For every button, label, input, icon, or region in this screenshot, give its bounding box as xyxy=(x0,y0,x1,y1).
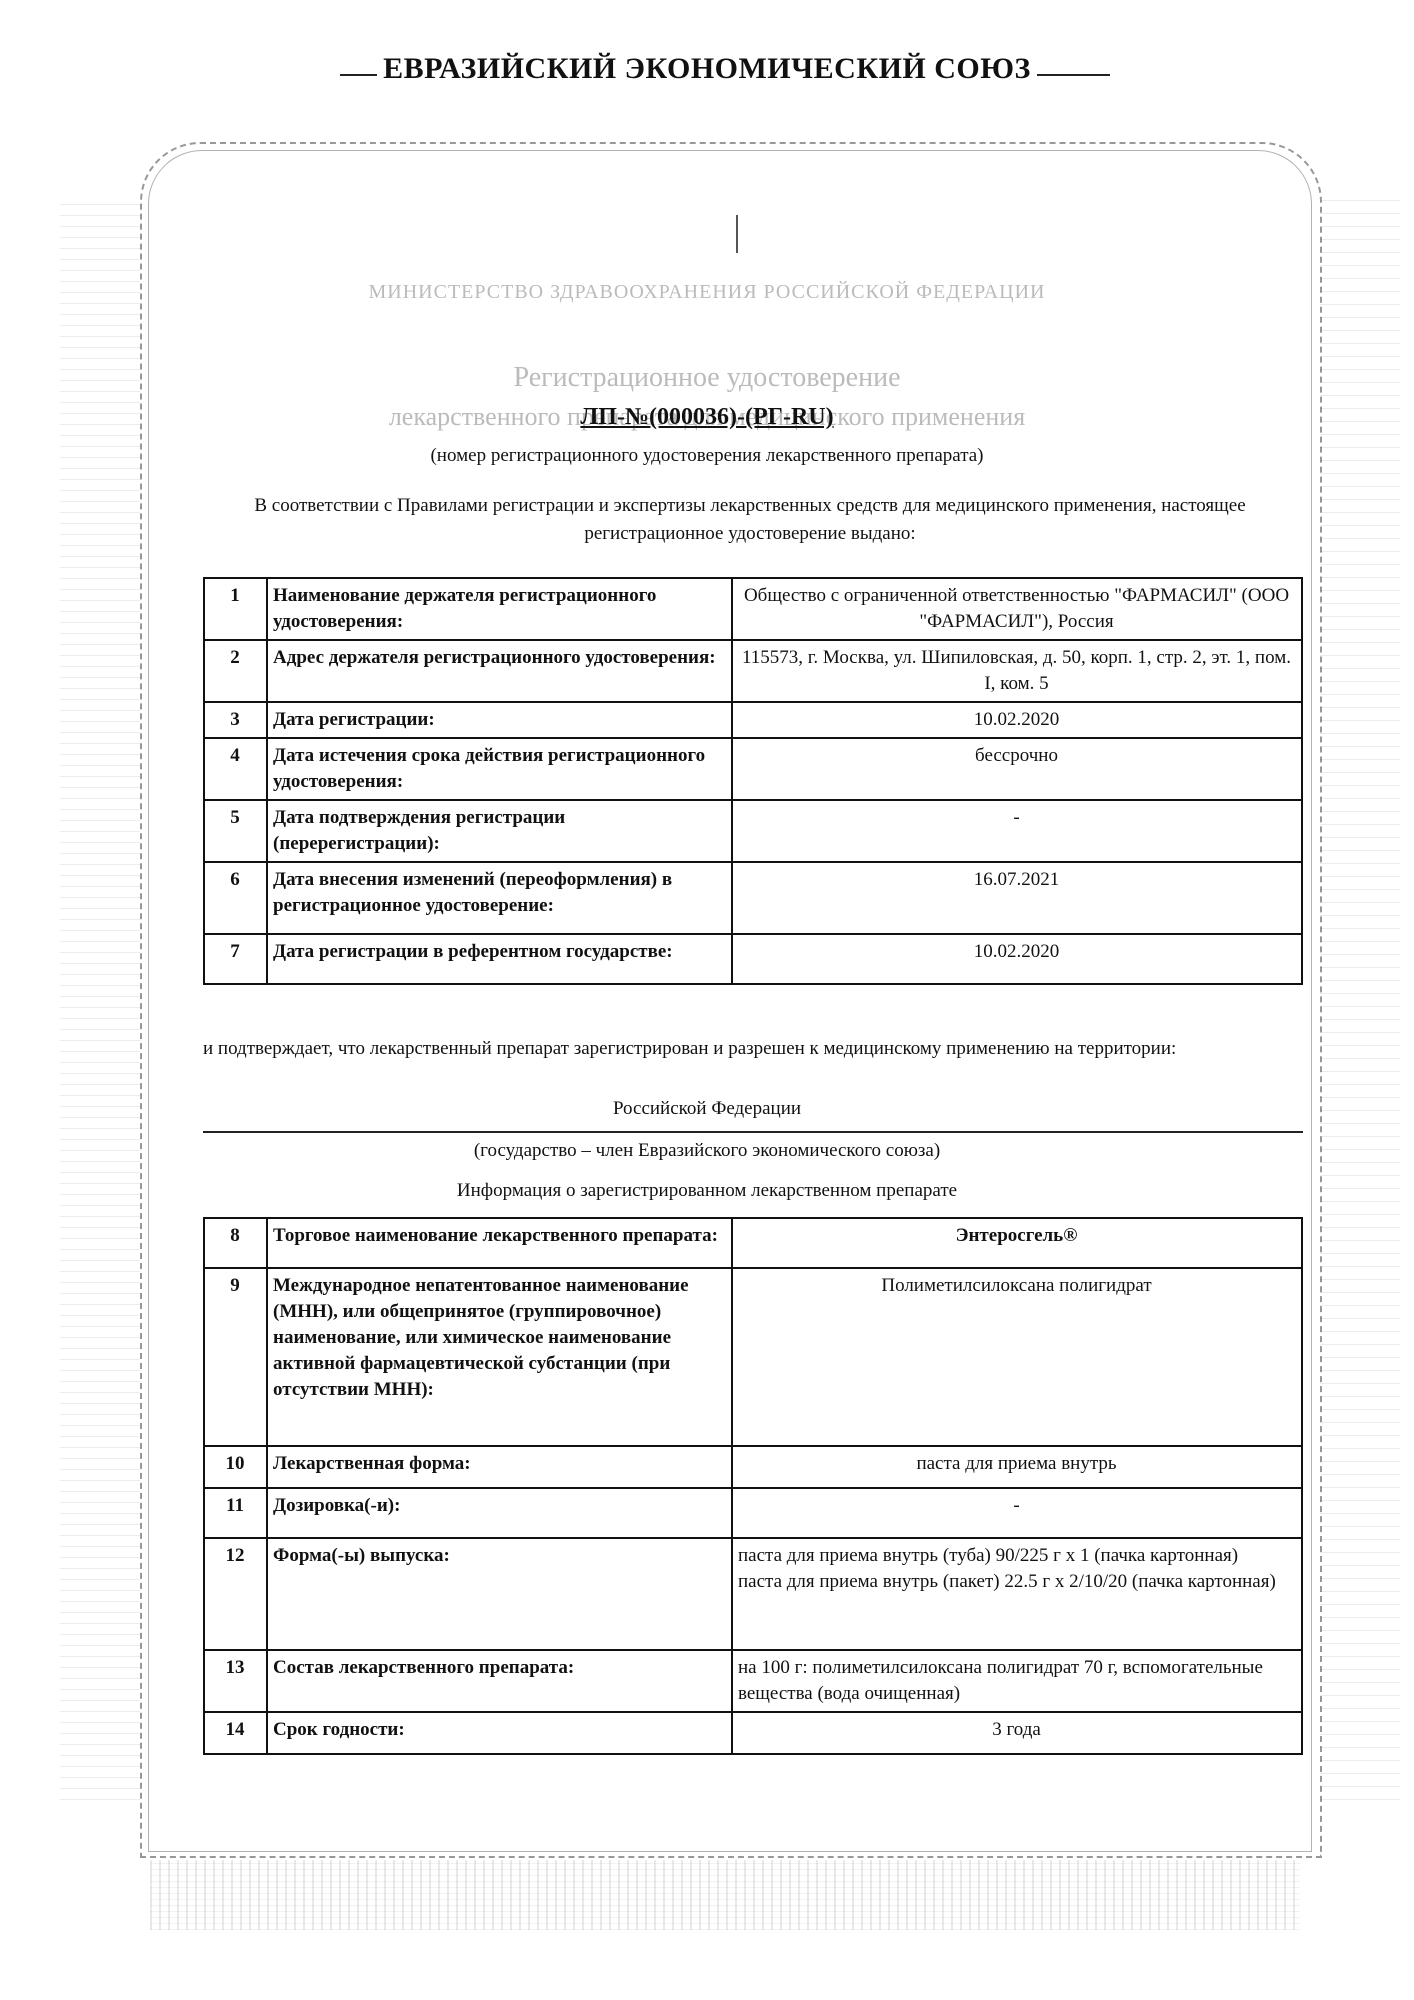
row-number: 13 xyxy=(204,1650,267,1712)
row-label: Наименование держателя регистрационного … xyxy=(267,578,732,640)
row-value: 115573, г. Москва, ул. Шипиловская, д. 5… xyxy=(732,640,1302,702)
table-row: 4Дата истечения срока действия регистрац… xyxy=(204,738,1302,800)
row-number: 14 xyxy=(204,1712,267,1754)
table-row: 14Срок годности:3 года xyxy=(204,1712,1302,1754)
holder-table: 1Наименование держателя регистрационного… xyxy=(203,577,1303,985)
territory-rule xyxy=(203,1131,1303,1133)
row-label: Форма(-ы) выпуска: xyxy=(267,1538,732,1650)
table-row: 6Дата внесения изменений (переоформления… xyxy=(204,862,1302,934)
row-label: Торговое наименование лекарственного пре… xyxy=(267,1218,732,1268)
table-row: 10Лекарственная форма:паста для приема в… xyxy=(204,1446,1302,1488)
row-label: Лекарственная форма: xyxy=(267,1446,732,1488)
row-value: - xyxy=(732,800,1302,862)
row-value: паста для приема внутрь (туба) 90/225 г … xyxy=(732,1538,1302,1650)
row-number: 3 xyxy=(204,702,267,738)
row-value: 3 года xyxy=(732,1712,1302,1754)
intro-paragraph: В соответствии с Правилами регистрации и… xyxy=(240,492,1260,548)
row-number: 2 xyxy=(204,640,267,702)
row-label: Срок годности: xyxy=(267,1712,732,1754)
row-number: 1 xyxy=(204,578,267,640)
row-value: 10.02.2020 xyxy=(732,702,1302,738)
row-label: Дата регистрации в референтном государст… xyxy=(267,934,732,984)
decorative-frame-bottom xyxy=(150,1860,1300,1930)
registration-number: ЛП-№(000036)-(РГ-RU) xyxy=(0,404,1414,431)
emblem-icon xyxy=(736,215,738,253)
row-label: Адрес держателя регистрационного удостов… xyxy=(267,640,732,702)
row-number: 10 xyxy=(204,1446,267,1488)
row-value: бессрочно xyxy=(732,738,1302,800)
row-label: Состав лекарственного препарата: xyxy=(267,1650,732,1712)
table-row: 8Торговое наименование лекарственного пр… xyxy=(204,1218,1302,1268)
registration-number-caption: (номер регистрационного удостоверения ле… xyxy=(0,445,1414,467)
table-row: 3Дата регистрации:10.02.2020 xyxy=(204,702,1302,738)
row-number: 4 xyxy=(204,738,267,800)
union-title: ЕВРАЗИЙСКИЙ ЭКОНОМИЧЕСКИЙ СОЮЗ xyxy=(0,52,1414,86)
row-value: 10.02.2020 xyxy=(732,934,1302,984)
row-value: 16.07.2021 xyxy=(732,862,1302,934)
scan-noise-right xyxy=(1320,200,1400,1800)
row-number: 8 xyxy=(204,1218,267,1268)
row-number: 9 xyxy=(204,1268,267,1446)
row-label: Дозировка(-и): xyxy=(267,1488,732,1538)
product-table: 8Торговое наименование лекарственного пр… xyxy=(203,1217,1303,1755)
territory-name: Российской Федерации xyxy=(0,1098,1414,1120)
row-number: 12 xyxy=(204,1538,267,1650)
value-line: паста для приема внутрь (пакет) 22.5 г x… xyxy=(738,1569,1295,1595)
row-value: на 100 г: полиметилсилоксана полигидрат … xyxy=(732,1650,1302,1712)
union-title-text: ЕВРАЗИЙСКИЙ ЭКОНОМИЧЕСКИЙ СОЮЗ xyxy=(377,52,1037,85)
row-number: 7 xyxy=(204,934,267,984)
territory-caption: (государство – член Евразийского экономи… xyxy=(0,1140,1414,1162)
certificate-title-faded: Регистрационное удостоверение xyxy=(0,362,1414,394)
row-value: - xyxy=(732,1488,1302,1538)
row-label: Дата подтверждения регистрации (перереги… xyxy=(267,800,732,862)
row-label: Международное непатентованное наименован… xyxy=(267,1268,732,1446)
row-number: 6 xyxy=(204,862,267,934)
row-value: Энтеросгель® xyxy=(732,1218,1302,1268)
row-label: Дата регистрации: xyxy=(267,702,732,738)
row-value: Полиметилсилоксана полигидрат xyxy=(732,1268,1302,1446)
table-row: 2Адрес держателя регистрационного удосто… xyxy=(204,640,1302,702)
table-row: 11Дозировка(-и):- xyxy=(204,1488,1302,1538)
confirmation-text: и подтверждает, что лекарственный препар… xyxy=(203,1036,1303,1062)
row-number: 5 xyxy=(204,800,267,862)
ministry-name-faded: МИНИСТЕРСТВО ЗДРАВООХРАНЕНИЯ РОССИЙСКОЙ … xyxy=(0,280,1414,304)
row-value: паста для приема внутрь xyxy=(732,1446,1302,1488)
table-row: 5Дата подтверждения регистрации (перерег… xyxy=(204,800,1302,862)
table-row: 13Состав лекарственного препарата:на 100… xyxy=(204,1650,1302,1712)
row-label: Дата истечения срока действия регистраци… xyxy=(267,738,732,800)
table-row: 1Наименование держателя регистрационного… xyxy=(204,578,1302,640)
table-row: 7Дата регистрации в референтном государс… xyxy=(204,934,1302,984)
table-row: 12Форма(-ы) выпуска:паста для приема вну… xyxy=(204,1538,1302,1650)
row-value: Общество с ограниченной ответственностью… xyxy=(732,578,1302,640)
row-label: Дата внесения изменений (переоформления)… xyxy=(267,862,732,934)
scan-noise-left xyxy=(60,200,140,1800)
value-line: паста для приема внутрь (туба) 90/225 г … xyxy=(738,1543,1295,1569)
product-info-title: Информация о зарегистрированном лекарств… xyxy=(0,1180,1414,1202)
table-row: 9Международное непатентованное наименова… xyxy=(204,1268,1302,1446)
row-number: 11 xyxy=(204,1488,267,1538)
